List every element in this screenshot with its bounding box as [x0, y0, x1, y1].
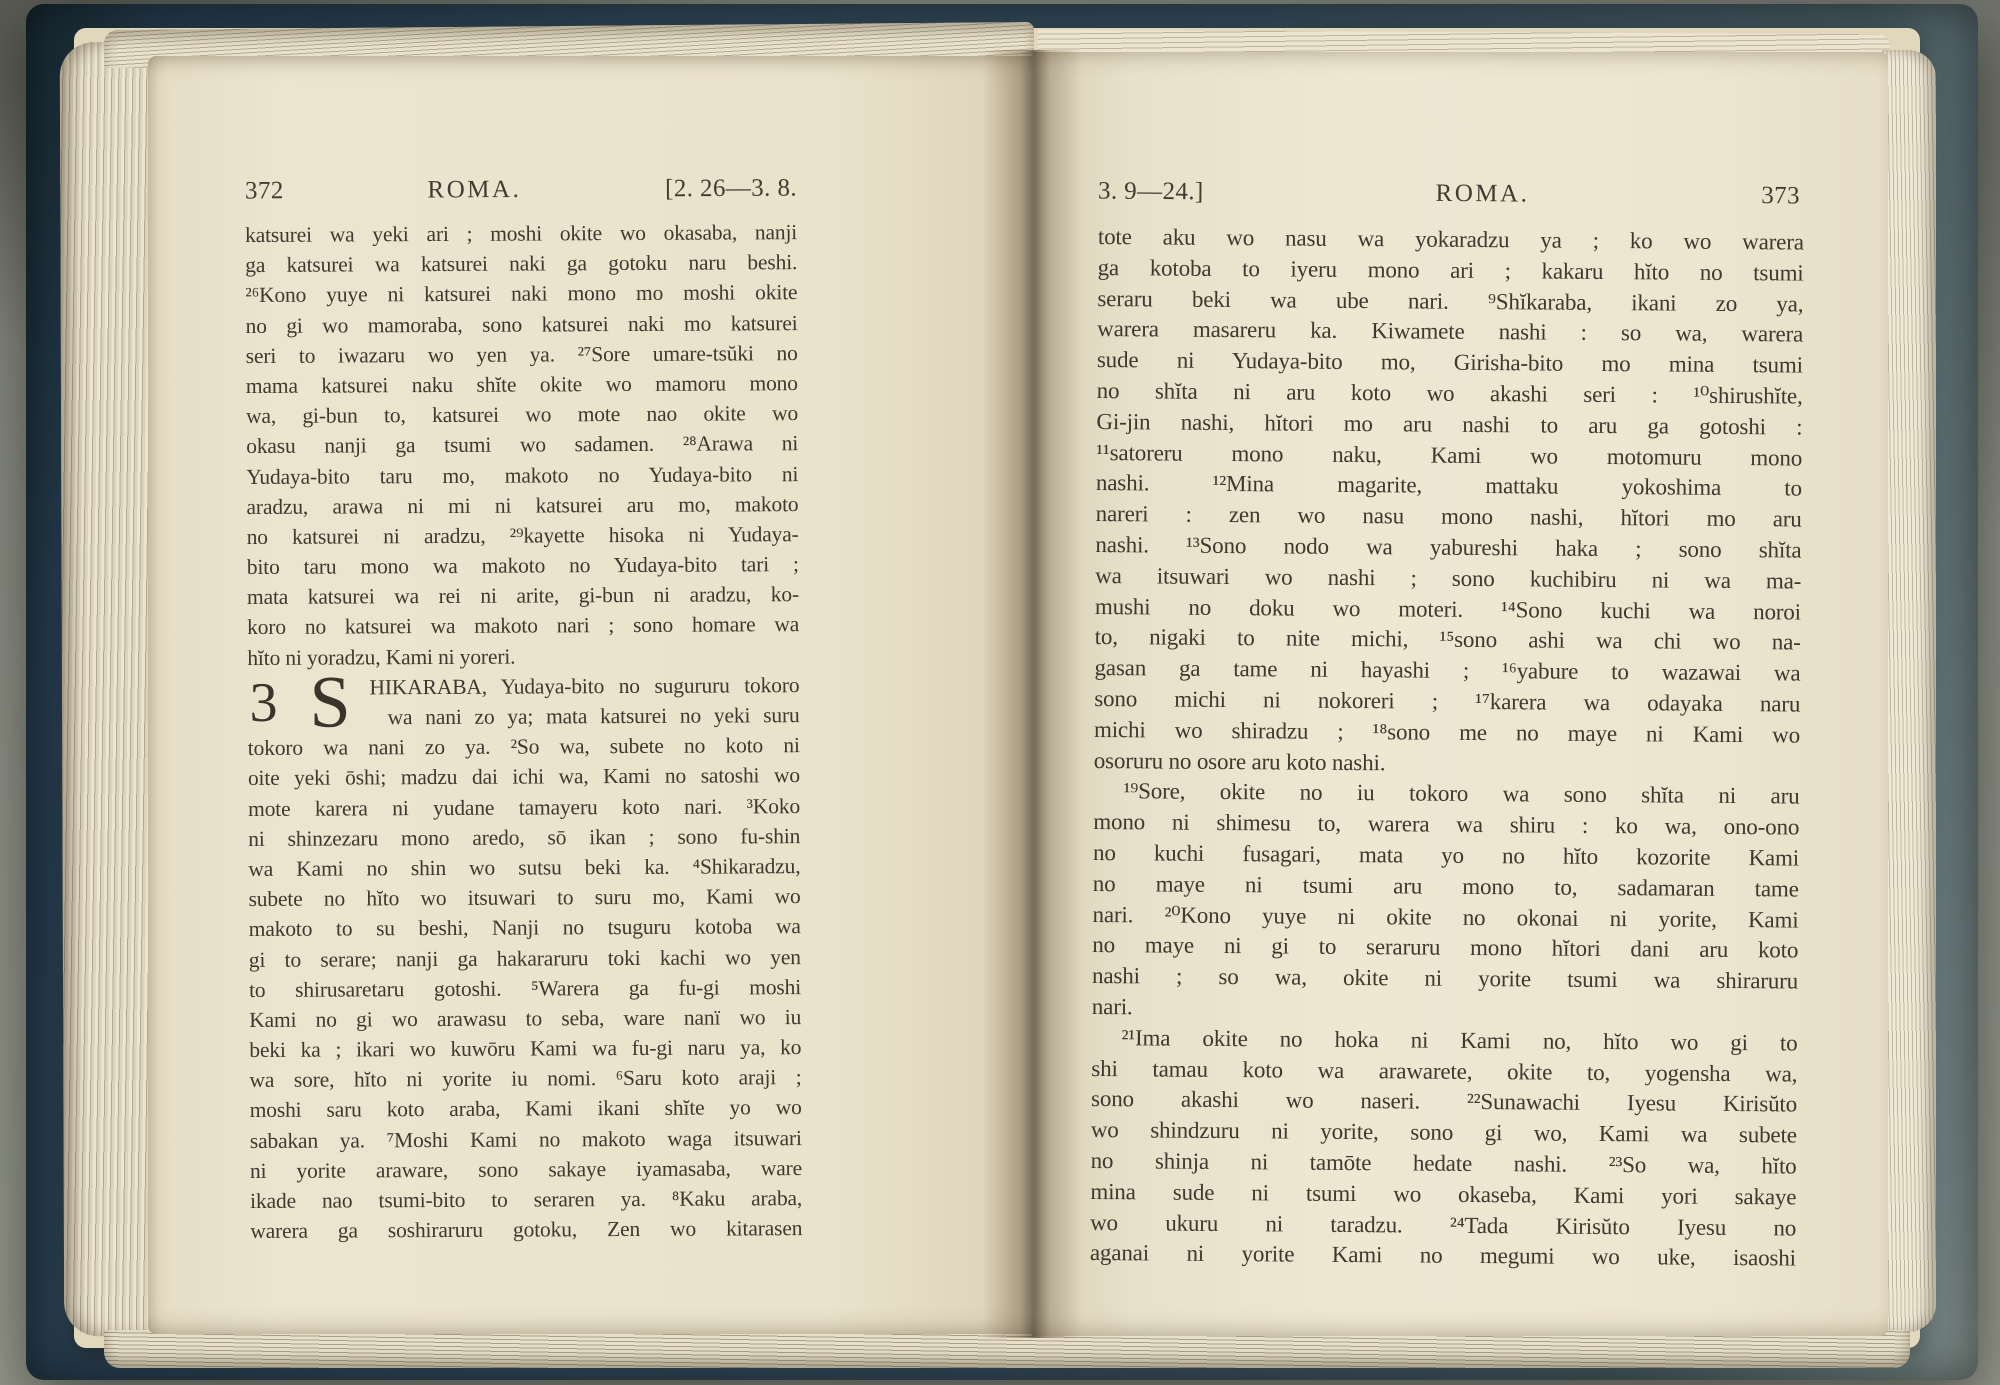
book-photo: 372 ROMA. [2. 26—3. 8. 3. 9—24.] ROMA. 3… — [0, 0, 2000, 1385]
text-line: beki ka ; ikari wo kuwōru Kami wa fu-gi … — [249, 1032, 801, 1065]
text-line: ²⁶Kono yuye ni katsurei naki mono mo mos… — [245, 277, 797, 310]
text-line: bito taru mono wa makoto no Yudaya-bito … — [247, 549, 799, 582]
text-line: wa Kami no shin wo sutsu beki ka. ⁴Shika… — [248, 851, 800, 884]
text-line: no gi wo mamoraba, sono katsurei naki mo… — [245, 308, 797, 341]
text-line: wa sore, hĭto ni yorite iu nomi. ⁶Saru k… — [249, 1062, 801, 1095]
text-line: katsurei wa yeki ari ; moshi okite wo ok… — [245, 217, 797, 250]
text-line: no shinja ni tamōte hedate nashi. ²³So w… — [1091, 1146, 1797, 1182]
text-line: warera ga soshiraruru gotoku, Zen wo kit… — [250, 1213, 802, 1246]
text-line: okasu nanji ga tsumi wo sadamen. ²⁸Arawa… — [246, 428, 798, 461]
text-line: HIKARABA, Yudaya-bito no sugururu tokoro — [369, 670, 799, 702]
text-line: Gi-jin nashi, hĭtori mo aru nashi to aru… — [1096, 407, 1802, 443]
left-page-text: katsurei wa yeki ari ; moshi okite wo ok… — [245, 217, 802, 1246]
left-page-header: 372 ROMA. [2. 26—3. 8. — [245, 175, 797, 206]
text-line: oite yeki ōshi; madzu dai ichi wa, Kami … — [248, 760, 800, 793]
text-line: aradzu, arawa ni mi ni katsurei aru mo, … — [246, 489, 798, 522]
right-page-number: 373 — [1761, 182, 1800, 210]
right-verse-range: 3. 9—24.] — [1098, 178, 1204, 207]
text-line: koro no katsurei wa makoto nari ; sono h… — [247, 610, 799, 643]
text-line: seri to iwazaru wo yen ya. ²⁷Sore umare-… — [246, 338, 798, 371]
text-line: Yudaya-bito taru mo, makoto no Yudaya-bi… — [246, 459, 798, 492]
text-line: ga katsurei wa katsurei naki ga gotoku n… — [245, 247, 797, 280]
left-verse-range: [2. 26—3. 8. — [665, 175, 797, 204]
right-page-text: tote aku wo nasu wa yokaradzu ya ; ko wo… — [1090, 222, 1804, 1275]
text-line: gi to serare; nanji ga hakararuru toki k… — [249, 942, 801, 975]
text-line: aganai ni yorite Kami no megumi wo uke, … — [1090, 1238, 1796, 1274]
text-line: moshi saru koto araba, Kami ikani shĭte … — [250, 1093, 802, 1126]
book-gutter — [982, 50, 1082, 1338]
text-line: Kami no gi wo arawasu to seba, ware nanï… — [249, 1002, 801, 1035]
text-line: sabakan ya. ⁷Moshi Kami no makoto waga i… — [250, 1123, 802, 1156]
left-running-title: ROMA. — [427, 176, 521, 204]
chapter-number: 3 — [249, 675, 277, 731]
text-line: ni shinzezaru mono aredo, sō ikan ; sono… — [248, 821, 800, 854]
left-paragraphs-bottom: tokoro wa nani zo ya. ²So wa, subete no … — [248, 730, 803, 1246]
text-line: to shirusaretaru gotoshi. ⁵Warera ga fu-… — [249, 972, 801, 1005]
text-line: wa, gi-bun to, katsurei wo mote nao okit… — [246, 398, 798, 431]
text-line: mote karera ni yudane tamayeru koto nari… — [248, 791, 800, 824]
text-line: wa nani zo ya; mata katsurei no yeki sur… — [370, 700, 800, 732]
left-page-number: 372 — [245, 177, 284, 205]
text-line: no maye ni tsumi aru mono to, sadamaran … — [1093, 869, 1799, 905]
text-line: michi wo shiradzu ; ¹⁸sono me no maye ni… — [1094, 715, 1800, 751]
chapter-drop-cap: S — [309, 672, 350, 732]
text-line: no katsurei ni aradzu, ²⁹kayette hisoka … — [247, 519, 799, 552]
text-line: mama katsurei naku shĭte okite wo mamoru… — [246, 368, 798, 401]
text-line: makoto to su beshi, Nanji no tsuguru kot… — [249, 911, 801, 944]
chapter-heading: 3 S HIKARABA, Yudaya-bito no sugururu to… — [247, 670, 799, 733]
text-line: nashi ; so wa, okite ni yorite tsumi wa … — [1092, 961, 1798, 997]
text-line: mina sude ni tsumi wo okaseba, Kami yori… — [1090, 1177, 1796, 1213]
left-paragraphs-top: katsurei wa yeki ari ; moshi okite wo ok… — [245, 217, 799, 673]
text-line: ²¹Ima okite no hoka ni Kami no, hĭto wo … — [1091, 1023, 1797, 1059]
text-line: ikade nao tsumi-bito to seraren ya. ⁸Kak… — [250, 1183, 802, 1216]
page-edges-right — [1882, 50, 1936, 1332]
text-line: ga kotoba to iyeru mono ari ; kakaru hĭt… — [1098, 253, 1804, 289]
text-line: mata katsurei wa rei ni arite, gi-bun ni… — [247, 579, 799, 612]
text-line: subete no hĭto wo itsuwari to suru mo, K… — [248, 881, 800, 914]
text-line: ni yorite araware, sono sakaye iyamasaba… — [250, 1153, 802, 1186]
right-page-header: 3. 9—24.] ROMA. 373 — [1098, 178, 1800, 211]
right-running-title: ROMA. — [1436, 180, 1530, 209]
text-line: wa itsuwari wo nashi ; sono kuchibiru ni… — [1095, 561, 1801, 597]
